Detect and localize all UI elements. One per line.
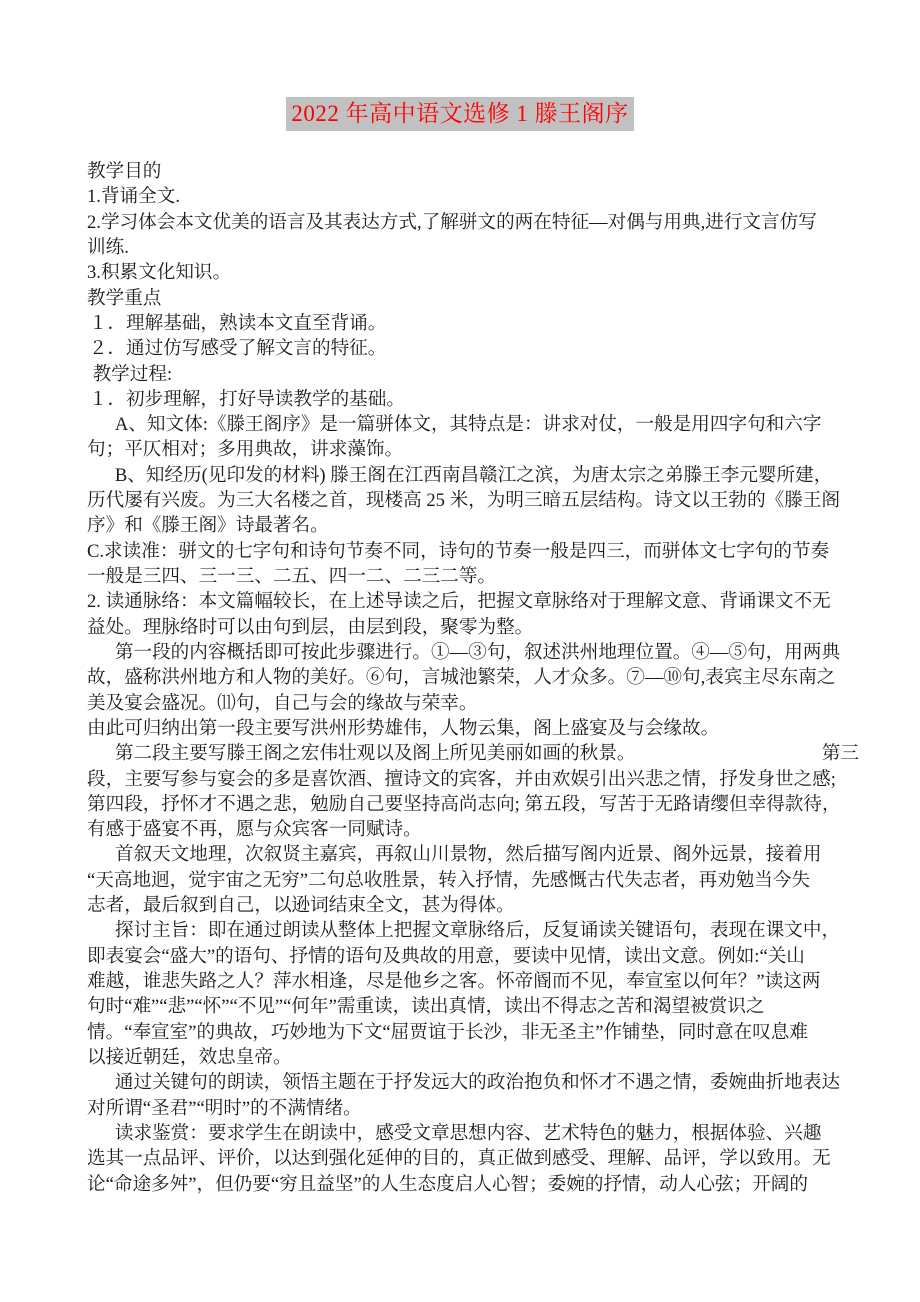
text-line: 历代屡有兴废。为三大名楼之首，现楼高 25 米，为明三暗五层结构。诗文以王勃的《… <box>87 488 859 513</box>
text-line: 有感于盛宴不再，愿与众宾客一同赋诗。 <box>87 817 859 842</box>
text-line: 选其一点品评、评价，以达到强化延伸的目的，真正做到感受、理解、品评，学以致用。无 <box>87 1146 859 1171</box>
text-line: 3.积累文化知识。 <box>87 260 859 285</box>
text-line: 情。“奉宣室”的典故，巧妙地为下文“屈贾谊于长沙，非无圣主”作铺垫，同时意在叹息… <box>87 1020 859 1045</box>
text-line-tail: 第三 <box>822 741 859 766</box>
text-line: 首叙天文地理，次叙贤主嘉宾，再叙山川景物，然后描写阁内近景、阁外远景，接着用 <box>87 842 859 867</box>
document-title: 2022 年高中语文选修 1 滕王阁序 <box>286 97 633 131</box>
text-line: 第一段的内容概括即可按此步骤进行。①—③句，叙述洪州地理位置。④—⑤句，用两典 <box>87 640 859 665</box>
text-line: 2.学习体会本文优美的语言及其表达方式,了解骈文的两在特征—对偶与用典,进行文言… <box>87 210 859 235</box>
text-line: ２．通过仿写感受了解文言的特征。 <box>87 336 859 361</box>
text-line: 志者，最后叙到自己，以逊词结束全文，甚为得体。 <box>87 893 859 918</box>
text-line: 益处。理脉络时可以由句到层，由层到段，聚零为整。 <box>87 615 859 640</box>
text-line: 第四段，抒怀才不遇之悲，勉励自己要坚持高尚志向; 第五段，写苦于无路请缨但幸得款… <box>87 792 859 817</box>
text-line: 教学过程: <box>87 362 859 387</box>
text-line: １．理解基础，熟读本文直至背诵。 <box>87 311 859 336</box>
text-line: 故，盛称洪州地方和人物的美好。⑥句，言城池繁荣，人才众多。⑦—⑩句,表宾主尽东南… <box>87 665 859 690</box>
text-line: 即表宴会“盛大”的语句、抒情的语句及典故的用意，要读中见情，读出文意。例如:“关… <box>87 944 859 969</box>
text-line: 句；平仄相对；多用典故，讲求藻饰。 <box>87 437 859 462</box>
text-line: 以接近朝廷，效忠皇帝。 <box>87 1045 859 1070</box>
text-line: 1.背诵全文. <box>87 184 859 209</box>
text-line: １．初步理解，打好导读教学的基础。 <box>87 387 859 412</box>
text-line: 训练. <box>87 235 859 260</box>
document-page: 2022 年高中语文选修 1 滕王阁序 教学目的1.背诵全文.2.学习体会本文优… <box>0 0 920 1302</box>
text-line: “天高地迥，觉宇宙之无穷”二句总收胜景，转入抒情，先感慨古代失志者，再劝勉当今失 <box>87 868 859 893</box>
text-line: 2. 读通脉络：本文篇幅较长，在上述导读之后，把握文章脉络对于理解文意、背诵课文… <box>87 589 859 614</box>
text-line: 一般是三四、三一三、二五、四一二、二三二等。 <box>87 564 859 589</box>
text-line: 教学重点 <box>87 286 859 311</box>
text-line: 论“命途多舛”，但仍要“穷且益坚”的人生态度启人心智；委婉的抒情，动人心弦；开阔… <box>87 1172 859 1197</box>
text-line: 通过关键句的朗读，领悟主题在于抒发远大的政治抱负和怀才不遇之情，委婉曲折地表达 <box>87 1070 859 1095</box>
text-line: 段，主要写参与宴会的多是喜饮酒、擅诗文的宾客，并由欢娱引出兴悲之情，抒发身世之感… <box>87 767 859 792</box>
text-line-main: 第二段主要写滕王阁之宏伟壮观以及阁上所见美丽如画的秋景。 <box>115 741 636 766</box>
title-row: 2022 年高中语文选修 1 滕王阁序 <box>0 97 920 131</box>
text-line: B、知经历(见印发的材料) 滕王阁在江西南昌赣江之滨，为唐太宗之弟滕王李元婴所建… <box>87 463 859 488</box>
text-line: 由此可归纳出第一段主要写洪州形势雄伟，人物云集，阁上盛宴及与会缘故。 <box>87 716 859 741</box>
text-line: A、知文体:《滕王阁序》是一篇骈体文，其特点是：讲求对仗，一般是用四字句和六字 <box>87 412 859 437</box>
text-line: C.求读准：骈文的七字句和诗句节奏不同，诗句的节奏一般是四三，而骈体文七字句的节… <box>87 539 859 564</box>
text-line: 句时“难”“悲”“怀”“不见”“何年”需重读，读出真情，读出不得志之苦和渴望被赏… <box>87 994 859 1019</box>
text-line: 序》和《滕王阁》诗最著名。 <box>87 513 859 538</box>
text-line: 教学目的 <box>87 159 859 184</box>
text-line: 第二段主要写滕王阁之宏伟壮观以及阁上所见美丽如画的秋景。第三 <box>87 741 859 766</box>
document-body: 教学目的1.背诵全文.2.学习体会本文优美的语言及其表达方式,了解骈文的两在特征… <box>87 159 859 1197</box>
text-line: 对所谓“圣君”“明时”的不满情绪。 <box>87 1096 859 1121</box>
text-line: 难越，谁悲失路之人？萍水相逢，尽是他乡之客。怀帝阍而不见，奉宣室以何年？”读这两 <box>87 969 859 994</box>
text-line: 探讨主旨：即在通过朗读从整体上把握文章脉络后，反复诵读关键语句，表现在课文中， <box>87 918 859 943</box>
text-line: 美及宴会盛况。⑾句，自己与会的缘故与荣幸。 <box>87 691 859 716</box>
text-line: 读求鉴赏：要求学生在朗读中，感受文章思想内容、艺术特色的魅力，根据体验、兴趣 <box>87 1121 859 1146</box>
